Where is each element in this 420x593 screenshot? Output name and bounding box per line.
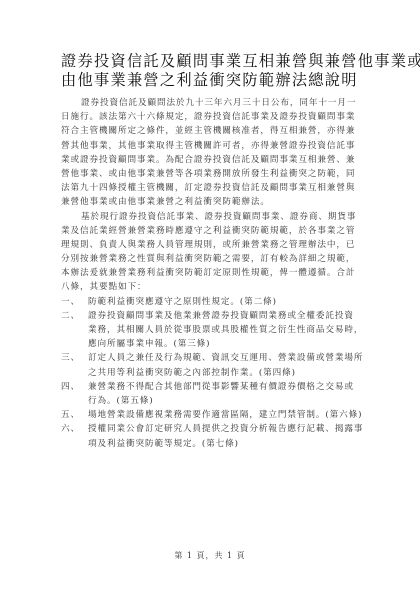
item-line: 之共用等利益衝突防範之內部控制作業。(第四條): [88, 366, 371, 380]
paragraph-1: 證券投資信託及顧問法於九十三年六月三十日公布，同年十一月一 日施行。該法第六十六…: [61, 96, 371, 210]
item-number: 一、: [61, 295, 88, 309]
title-line: 證券投資信託及顧問事業互相兼營與兼營他事業或: [61, 52, 371, 71]
paragraph-line: 基於現行證券投資信託事業、證券投資顧問事業、證券商、期貨事: [61, 210, 371, 224]
item-line: 項及利益衝突防範等規定。(第七條): [88, 437, 371, 451]
document-body: 證券投資信託及顧問法於九十三年六月三十日公布，同年十一月一 日施行。該法第六十六…: [61, 96, 371, 451]
list-item: 六、 授權同業公會訂定研究人員提供之投資分析報告應行記載、揭露事 項及利益衝突防…: [61, 422, 371, 450]
item-number: 四、: [61, 380, 88, 408]
list-item: 一、 防範利益衝突應遵守之原則性規定。(第二條): [61, 295, 371, 309]
paragraph-line: 兼營他事業或由他事業兼營之利益衝突防範辦法。: [61, 195, 371, 209]
paragraph-line: 營其他事業，其他事業取得主管機關許可者，亦得兼營證券投資信託事: [61, 139, 371, 153]
item-line: 場地營業設備應視業務需要作適當區隔，建立門禁管制。(第六條): [88, 408, 371, 422]
item-line: 行為。(第五條): [88, 394, 371, 408]
document-page: 證券投資信託及顧問事業互相兼營與兼營他事業或 由他事業兼營之利益衝突防範辦法總說…: [0, 0, 420, 593]
item-number: 五、: [61, 408, 88, 422]
paragraph-line: 本辦法爰就兼營業務利益衝突防範訂定原則性規範，俾一體遵循。合計: [61, 266, 371, 280]
list-item: 五、 場地營業設備應視業務需要作適當區隔，建立門禁管制。(第六條): [61, 408, 371, 422]
paragraph-line: 日施行。該法第六十六條規定，證券投資信託事業及證券投資顧問事業: [61, 110, 371, 124]
document-title: 證券投資信託及顧問事業互相兼營與兼營他事業或 由他事業兼營之利益衝突防範辦法總說…: [61, 52, 371, 90]
paragraph-line: 法第九十四條授權主管機關，訂定證券投資信託及顧問事業互相兼營與: [61, 181, 371, 195]
item-line: 兼營業務不得配合其他部門從事影響某種有價證券價格之交易或: [88, 380, 371, 394]
item-line: 授權同業公會訂定研究人員提供之投資分析報告應行記載、揭露事: [88, 422, 371, 436]
paragraph-line: 理規則、負責人與業務人員管理規則，或所兼營業務之管理辦法中，已: [61, 238, 371, 252]
item-line: 訂定人員之兼任及行為規範、資訊交互運用、營業設備或營業場所: [88, 351, 371, 365]
item-number: 二、: [61, 309, 88, 352]
list-item: 四、 兼營業務不得配合其他部門從事影響某種有價證券價格之交易或 行為。(第五條): [61, 380, 371, 408]
item-line: 應向所屬事業申報。(第三條): [88, 337, 371, 351]
title-line: 由他事業兼營之利益衝突防範辦法總說明: [61, 71, 371, 90]
paragraph-line: 分別按兼營業務之性質與利益衝突防範之需要，訂有較為詳細之規範，: [61, 252, 371, 266]
item-number: 六、: [61, 422, 88, 450]
item-number: 三、: [61, 351, 88, 379]
item-line: 防範利益衝突應遵守之原則性規定。(第二條): [88, 295, 371, 309]
list-item: 三、 訂定人員之兼任及行為規範、資訊交互運用、營業設備或營業場所 之共用等利益衝…: [61, 351, 371, 379]
page-footer: 第 1 頁，共 1 頁: [0, 550, 420, 561]
paragraph-line: 業或證券投資顧問事業。為配合證券投資信託及顧問事業互相兼營、兼: [61, 153, 371, 167]
list-item: 二、 證券投資顧問事業及他業兼營證券投資顧問業務或全權委託投資 業務，其相關人員…: [61, 309, 371, 352]
paragraph-line: 營他事業、或由他事業兼營等各項業務開放所發生利益衝突之防範，同: [61, 167, 371, 181]
item-line: 證券投資顧問事業及他業兼營證券投資顧問業務或全權委託投資: [88, 309, 371, 323]
paragraph-line: 符合主管機關所定之條件，並經主管機關核准者，得互相兼營，亦得兼: [61, 124, 371, 138]
paragraph-line: 業及信託業經營兼營業務時應遵守之利益衝突防範規範，於各事業之管: [61, 224, 371, 238]
paragraph-line: 八條，其要點如下：: [61, 280, 371, 294]
paragraph-line: 證券投資信託及顧問法於九十三年六月三十日公布，同年十一月一: [61, 96, 371, 110]
item-line: 業務，其相關人員於從事股票或具股權性質之衍生性商品交易時，: [88, 323, 371, 337]
paragraph-2: 基於現行證券投資信託事業、證券投資顧問事業、證券商、期貨事 業及信託業經營兼營業…: [61, 210, 371, 295]
